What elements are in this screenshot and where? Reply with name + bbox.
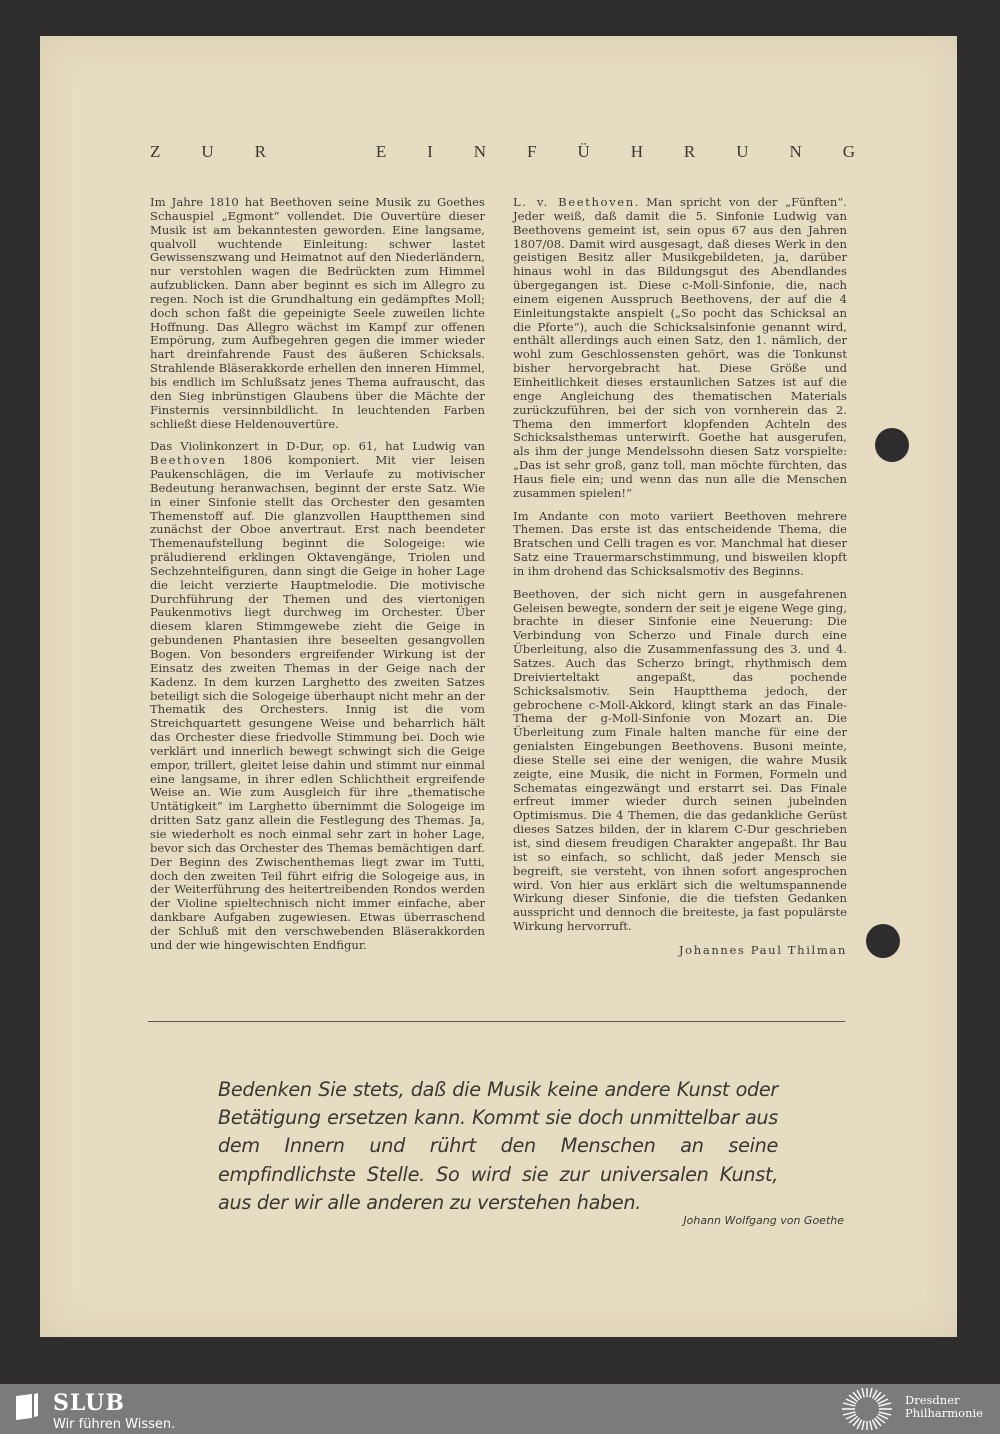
egmont-paragraph: Im Jahre 1810 hat Beethoven seine Musik … <box>150 196 485 431</box>
slub-book-icon <box>14 1392 40 1420</box>
quote-author: Johann Wolfgang von Goethe <box>560 1214 844 1227</box>
heading-letter: G <box>843 142 855 162</box>
right-text-column: L. v. Beethoven. Man spricht von der „Fü… <box>513 196 847 967</box>
fifth-symphony-paragraph: L. v. Beethoven. Man spricht von der „Fü… <box>513 196 847 501</box>
andante-paragraph: Im Andante con moto variiert Beethoven m… <box>513 510 847 579</box>
heading-letter: R <box>684 142 695 162</box>
heading-letter: E <box>376 142 386 162</box>
punch-hole <box>866 924 900 958</box>
divider-line <box>148 1021 845 1022</box>
heading-letter: N <box>789 142 801 162</box>
left-text-column: Im Jahre 1810 hat Beethoven seine Musik … <box>150 196 485 962</box>
heading-letter: I <box>427 142 433 162</box>
heading-letter: R <box>255 142 266 162</box>
slub-tagline: Wir führen Wissen. <box>53 1417 175 1432</box>
heading-letter: H <box>631 142 643 162</box>
heading-letter: U <box>736 142 748 162</box>
philharmonie-sunburst-icon <box>841 1387 893 1431</box>
composer-name: Beethoven <box>150 453 227 467</box>
heading-letter: N <box>474 142 486 162</box>
philharmonie-line2: Philharmonie <box>905 1407 983 1420</box>
heading-letter: U <box>201 142 213 162</box>
philharmonie-brand: Dresdner Philharmonie <box>905 1394 983 1420</box>
author-signature: Johannes Paul Thilman <box>513 944 847 958</box>
heading-letter: Ü <box>577 142 589 162</box>
paragraph-body: 1806 komponiert. Mit vier leisen Paukens… <box>150 453 485 952</box>
heading-letter: Z <box>150 142 160 162</box>
goethe-quote: Bedenken Sie stets, daß die Musik keine … <box>218 1076 778 1217</box>
slub-brand: SLUB <box>53 1390 125 1416</box>
section-heading: Z U R E I N F Ü H R U N G <box>150 140 855 164</box>
composer-name: L. v. Beethoven <box>513 195 635 209</box>
violin-concerto-paragraph: Das Violinkonzert in D-Dur, op. 61, hat … <box>150 440 485 952</box>
paragraph-body: . Man spricht von der „Fünften“. Jeder w… <box>513 195 847 500</box>
finale-paragraph: Beethoven, der sich nicht gern in ausgef… <box>513 588 847 934</box>
footer-bar: SLUB Wir führen Wissen. Dresdner Philhar… <box>0 1384 1000 1434</box>
paragraph-lead: Das Violinkonzert in D-Dur, op. 61, hat … <box>150 439 485 453</box>
heading-letter: F <box>527 142 536 162</box>
punch-hole <box>875 428 909 462</box>
